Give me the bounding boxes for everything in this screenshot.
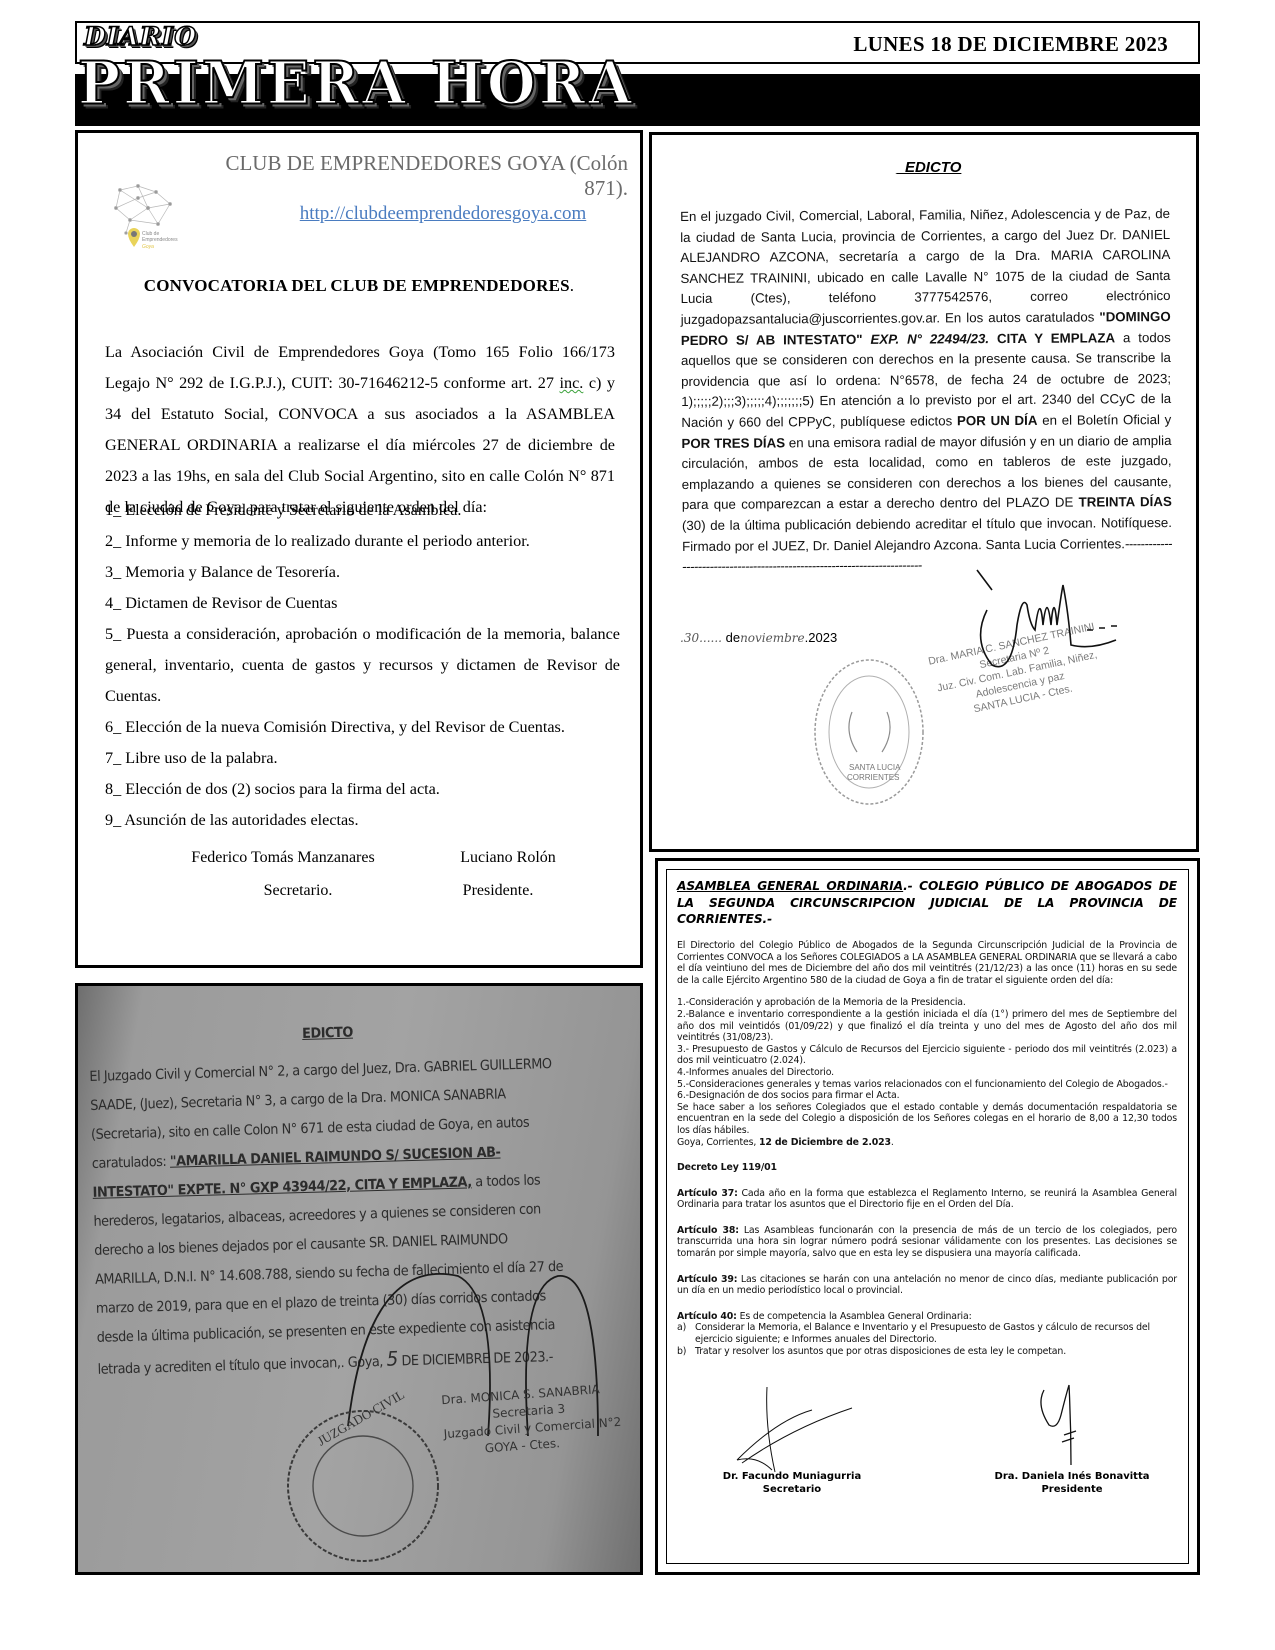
court-seal-icon: SANTA LUCIA CORRIENTES	[807, 652, 927, 807]
article-40: Artículo 40: Es de competencia la Asambl…	[677, 1311, 1177, 1323]
agenda-item: 8_ Elección de dos (2) socios para la fi…	[105, 774, 620, 805]
president-signature-icon	[1032, 1380, 1092, 1470]
agenda-item: 5_ Puesta a consideración, aprobación o …	[105, 619, 620, 712]
edicto-colegio-abogados: ASAMBLEA GENERAL ORDINARIA.- COLEGIO PÚB…	[655, 858, 1200, 1575]
svg-text:SANTA LUCIA: SANTA LUCIA	[849, 763, 901, 772]
club-signatory-secretary: Federico Tomás Manzanares Secretario.	[183, 841, 383, 907]
svg-text:Goya: Goya	[142, 244, 154, 250]
colegio-date: Goya, Corrientes, 12 de Diciembre de 2.0…	[677, 1137, 1177, 1149]
colegio-inner-frame: ASAMBLEA GENERAL ORDINARIA.- COLEGIO PÚB…	[666, 869, 1189, 1564]
club-signatory-president: Luciano Rolón Presidente.	[443, 841, 573, 907]
club-name: CLUB DE EMPRENDEDORES GOYA (Colón 871).	[208, 151, 628, 201]
colegio-signatory-secretary: Dr. Facundo Muniagurria Secretario	[707, 1470, 877, 1496]
agenda-item: 2.-Balance e inventario correspondiente …	[677, 1009, 1177, 1044]
court-stamp-icon: JUZGADO CIVIL	[278, 1376, 448, 1566]
masthead-primera-hora: PRIMERA HORA	[78, 54, 635, 113]
agenda-item: 2_ Informe y memoria de lo realizado dur…	[105, 526, 620, 557]
svg-text:CORRIENTES: CORRIENTES	[847, 773, 899, 782]
club-heading: CLUB DE EMPRENDEDORES GOYA (Colón 871). …	[208, 151, 628, 225]
edicto-goya-scan: EDICTO El Juzgado Civil y Comercial N° 2…	[75, 983, 643, 1575]
edicto-date: .30...... denoviembre.2023	[680, 630, 837, 645]
agenda-item: 7_ Libre uso de la palabra.	[105, 743, 620, 774]
club-website-link[interactable]: http://clubdeemprendedoresgoya.com	[208, 203, 628, 225]
agenda-item: 5.-Consideraciones generales y temas var…	[677, 1079, 1177, 1091]
club-network-logo-icon: Club de Emprendedores Goya	[108, 178, 188, 253]
agenda-item: 9_ Asunción de las autoridades electas.	[105, 805, 620, 836]
article-40-item: a)Considerar la Memoria, el Balance e In…	[677, 1322, 1177, 1345]
colegio-title: ASAMBLEA GENERAL ORDINARIA.- COLEGIO PÚB…	[677, 878, 1177, 928]
svg-text:JUZGADO CIVIL: JUZGADO CIVIL	[315, 1387, 407, 1449]
agenda-item: 1.-Consideración y aprobación de la Memo…	[677, 997, 1177, 1009]
agenda-item: 3.- Presupuesto de Gastos y Cálculo de R…	[677, 1044, 1177, 1067]
secretary-signature-icon	[727, 1385, 857, 1475]
club-agenda-list: 1_ Elección de Presidente y Secretario d…	[105, 495, 620, 836]
secretary-stamp: Dra. MONICA S. SANABRIA Secretaria 3 Juz…	[441, 1380, 623, 1460]
agenda-item: 3_ Memoria y Balance de Tesorería.	[105, 557, 620, 588]
club-convocatoria-title: CONVOCATORIA DEL CLUB DE EMPRENDEDORES.	[78, 276, 640, 296]
svg-text:Emprendedores: Emprendedores	[142, 237, 178, 243]
agenda-item: 4_ Dictamen de Revisor de Cuentas	[105, 588, 620, 619]
edicto-club-emprendedores: Club de Emprendedores Goya CLUB DE EMPRE…	[75, 130, 643, 968]
edicto-santa-lucia: _EDICTO En el juzgado Civil, Comercial, …	[649, 132, 1199, 852]
issue-date: LUNES 18 DE DICIEMBRE 2023	[853, 32, 1168, 57]
article-40-item: b)Tratar y resolver los asuntos que por …	[677, 1346, 1177, 1358]
masthead-diario: DIARIO	[84, 22, 197, 51]
agenda-item: 1_ Elección de Presidente y Secretario d…	[105, 495, 620, 526]
edicto-title: _EDICTO	[652, 159, 1196, 176]
decree-heading: Decreto Ley 119/01	[677, 1162, 1177, 1174]
article-39: Artículo 39: Las citaciones se harán con…	[677, 1274, 1177, 1297]
agenda-item: 4.-Informes anuales del Directorio.	[677, 1067, 1177, 1079]
article-38: Artículo 38: Las Asambleas funcionarán c…	[677, 1225, 1177, 1260]
colegio-body: El Directorio del Colegio Público de Abo…	[677, 940, 1177, 1357]
edicto-body: En el juzgado Civil, Comercial, Laboral,…	[680, 204, 1172, 578]
judge-signature-icon	[937, 550, 1137, 680]
agenda-item: 6.-Designación de dos socios para firmar…	[677, 1090, 1177, 1102]
colegio-signatory-president: Dra. Daniela Inés Bonavitta Presidente	[972, 1470, 1172, 1496]
article-37: Artículo 37: Cada año en la forma que es…	[677, 1188, 1177, 1211]
agenda-item: 6_ Elección de la nueva Comisión Directi…	[105, 712, 620, 743]
article-40-items: a)Considerar la Memoria, el Balance e In…	[677, 1322, 1177, 1357]
